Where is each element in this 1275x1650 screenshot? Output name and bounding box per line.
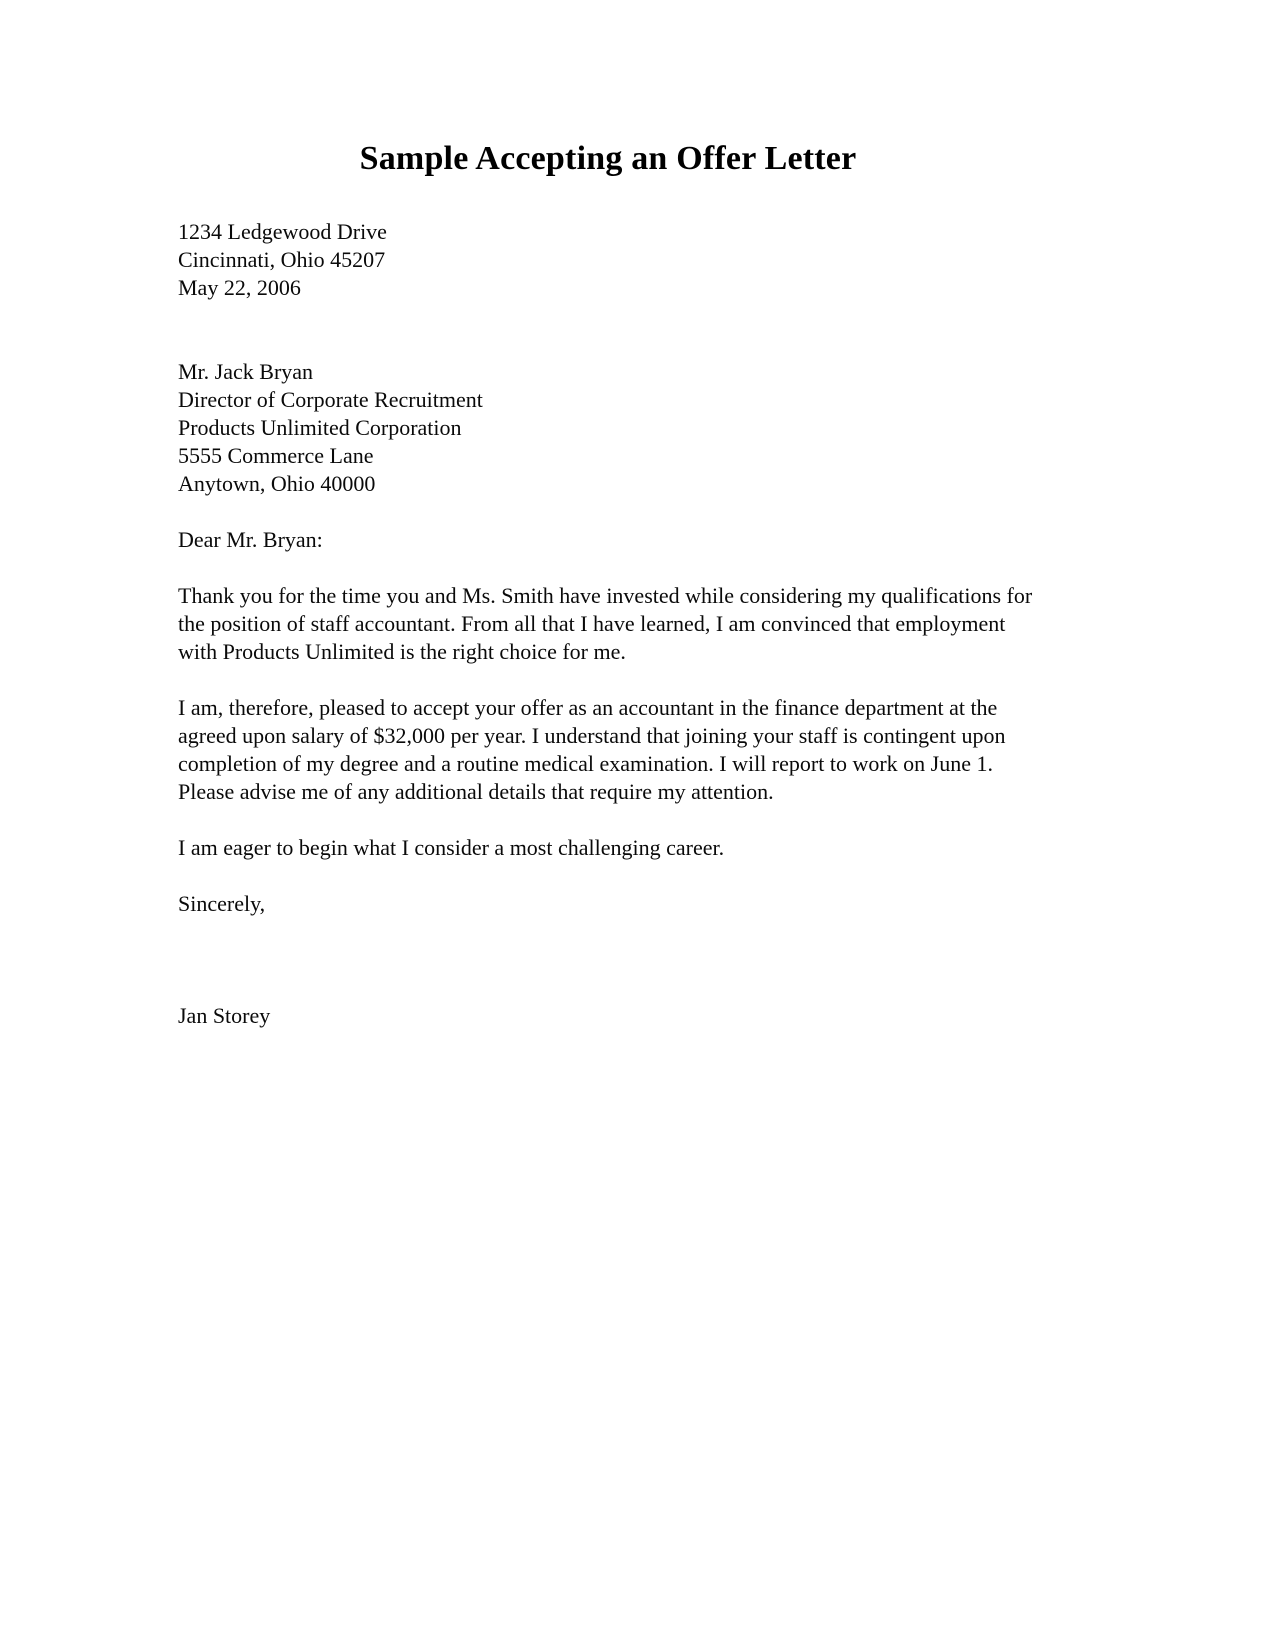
- letter-title: Sample Accepting an Offer Letter: [178, 140, 1038, 178]
- sender-address-block: 1234 Ledgewood Drive Cincinnati, Ohio 45…: [178, 218, 1038, 302]
- body-paragraph-2: I am, therefore, pleased to accept your …: [178, 694, 1038, 806]
- salutation: Dear Mr. Bryan:: [178, 526, 1038, 554]
- signature-name: Jan Storey: [178, 1002, 1038, 1030]
- letter-content: Sample Accepting an Offer Letter 1234 Le…: [178, 140, 1038, 1030]
- letter-date: May 22, 2006: [178, 274, 1038, 302]
- sender-street: 1234 Ledgewood Drive: [178, 218, 1038, 246]
- recipient-street: 5555 Commerce Lane: [178, 442, 1038, 470]
- letter-page: Sample Accepting an Offer Letter 1234 Le…: [0, 0, 1275, 1650]
- body-paragraph-1: Thank you for the time you and Ms. Smith…: [178, 582, 1038, 666]
- recipient-company: Products Unlimited Corporation: [178, 414, 1038, 442]
- recipient-job-title: Director of Corporate Recruitment: [178, 386, 1038, 414]
- closing: Sincerely,: [178, 890, 1038, 918]
- recipient-name: Mr. Jack Bryan: [178, 358, 1038, 386]
- recipient-address-block: Mr. Jack Bryan Director of Corporate Rec…: [178, 358, 1038, 498]
- sender-city: Cincinnati, Ohio 45207: [178, 246, 1038, 274]
- recipient-city: Anytown, Ohio 40000: [178, 470, 1038, 498]
- body-paragraph-3: I am eager to begin what I consider a mo…: [178, 834, 1038, 862]
